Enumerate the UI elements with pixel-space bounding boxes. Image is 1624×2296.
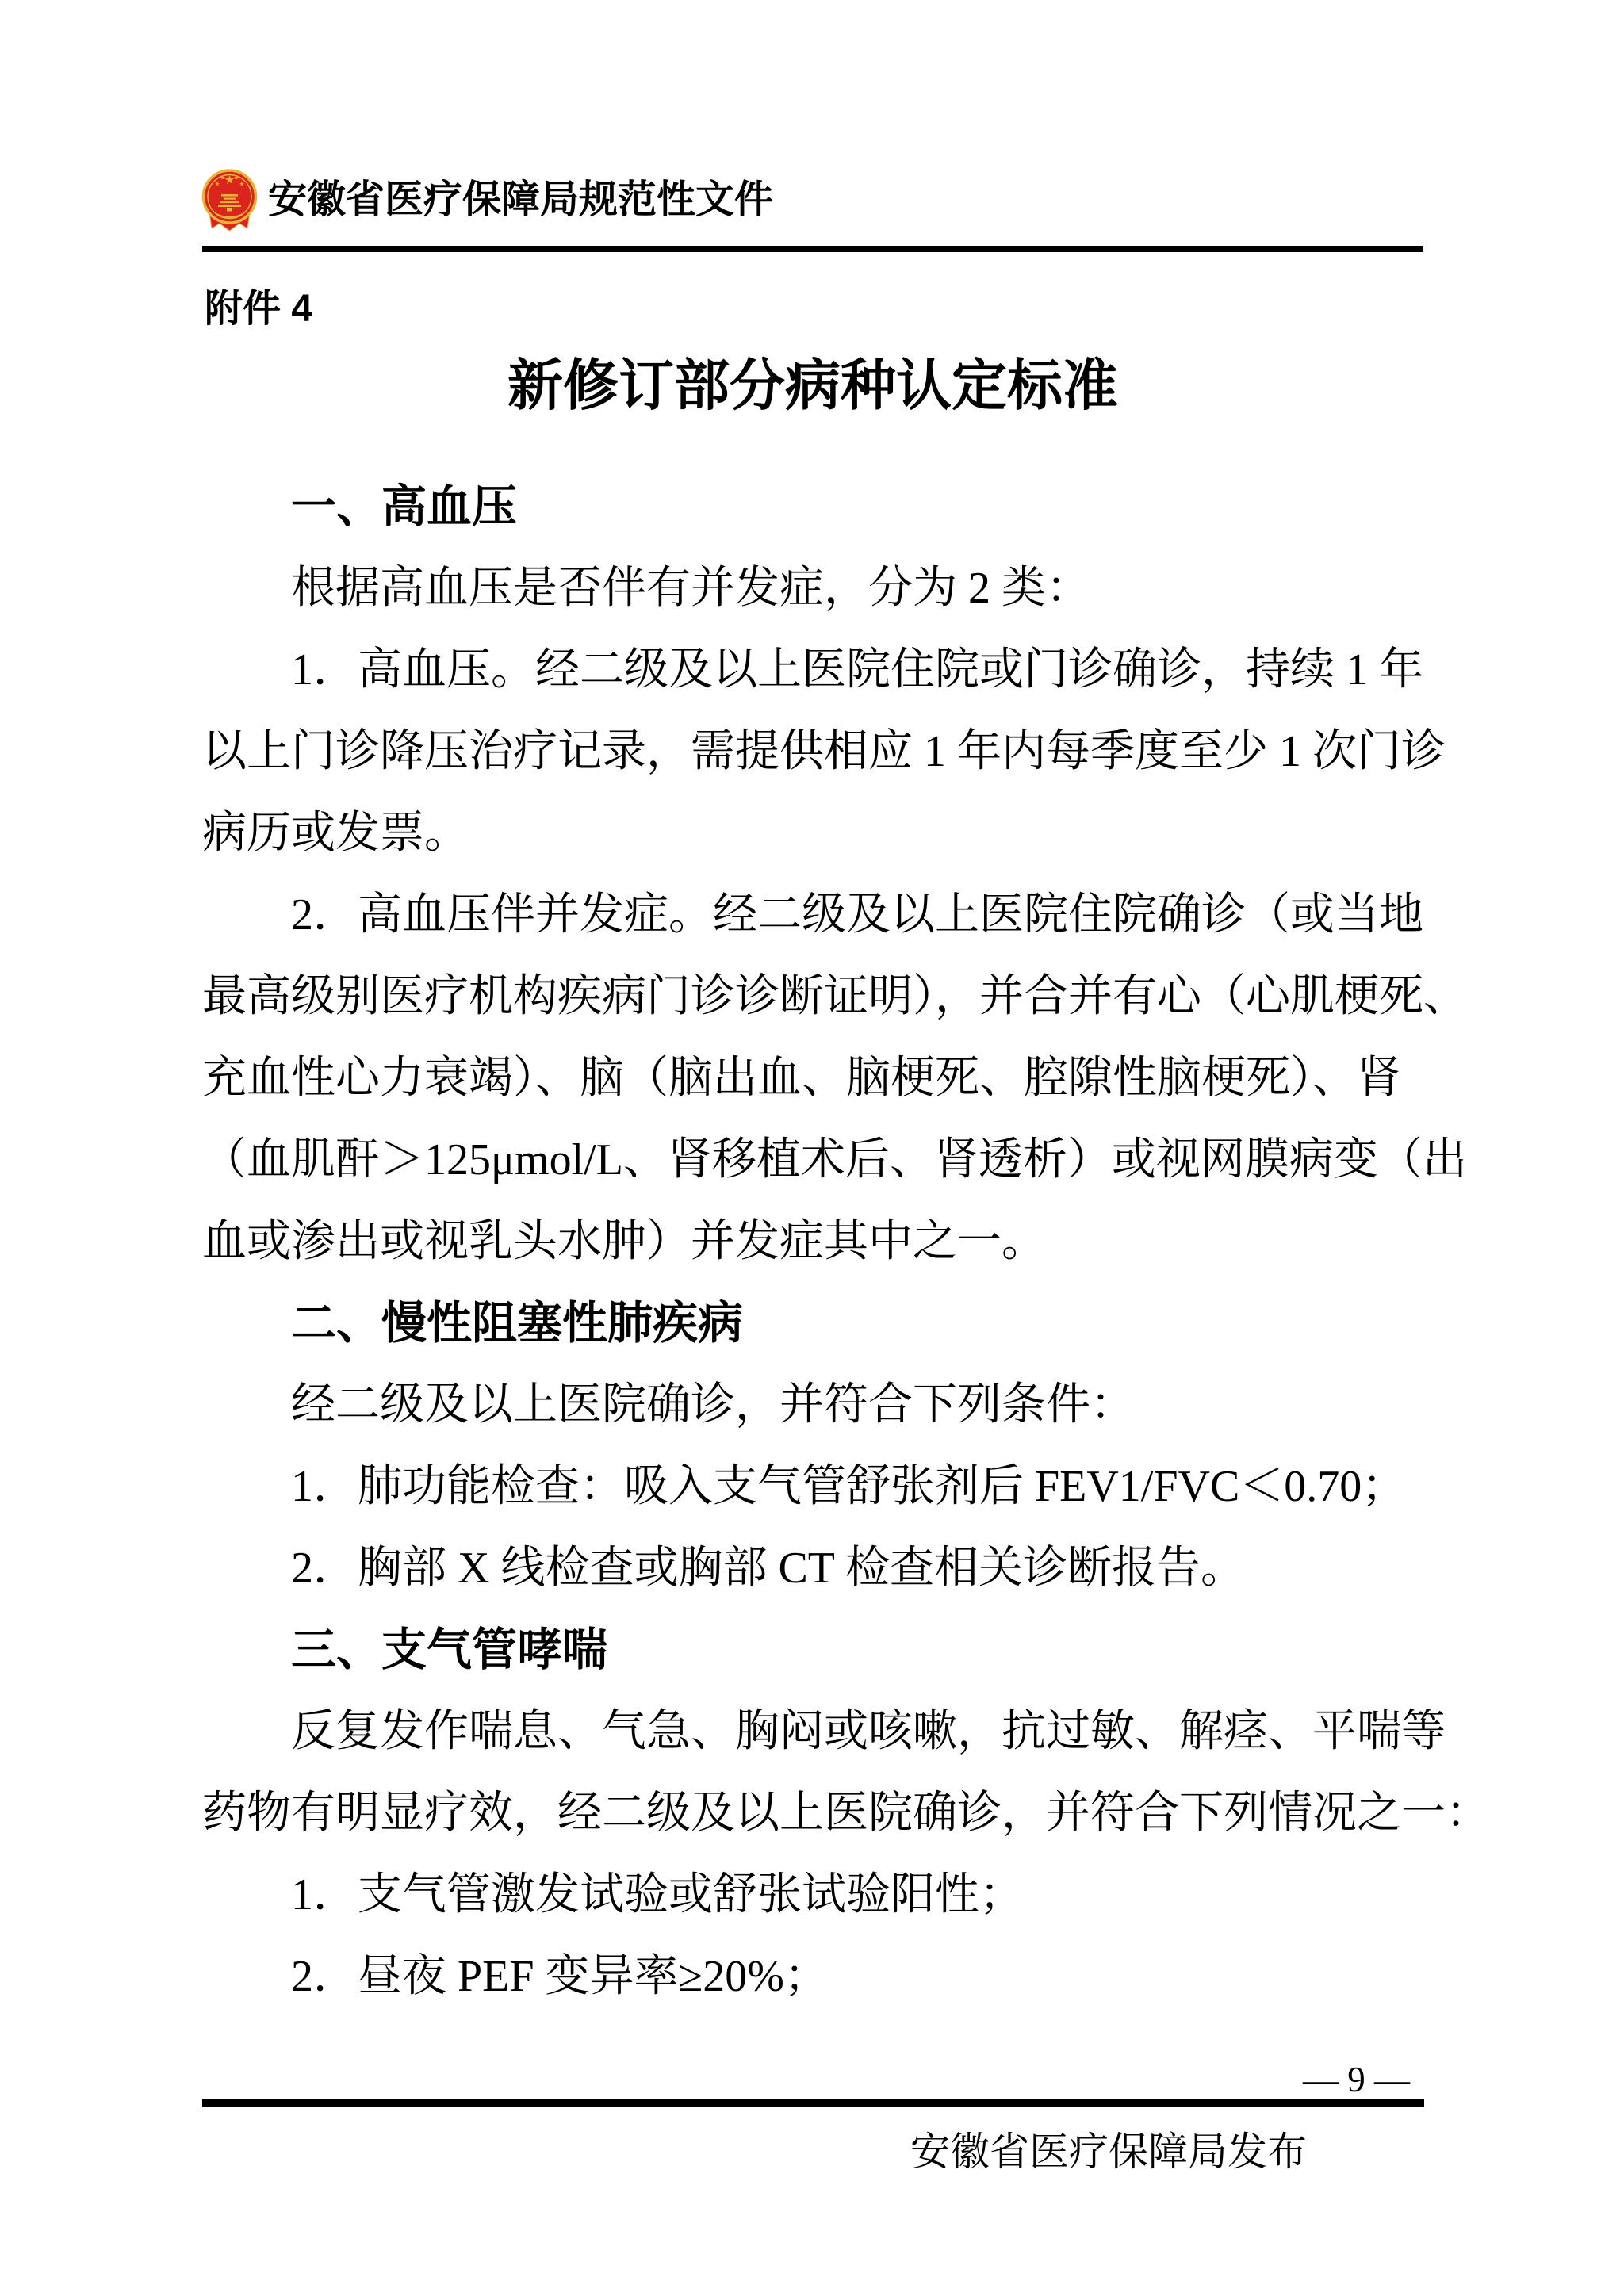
document-line: 以上门诊降压治疗记录，需提供相应 1 年内每季度至少 1 次门诊	[202, 711, 1423, 793]
document-line: 最高级别医疗机构疾病门诊诊断证明），并合并有心（心肌梗死、	[202, 956, 1423, 1038]
document-line: 血或渗出或视乳头水肿）并发症其中之一。	[202, 1201, 1423, 1283]
document-page: 安徽省医疗保障局规范性文件 附件 4 新修订部分病种认定标准 一、高血压根据高血…	[0, 0, 1624, 2296]
section-heading: 三、支气管哮喘	[202, 1609, 1423, 1691]
document-line: 2．胸部 X 线检查或胸部 CT 检查相关诊断报告。	[202, 1528, 1423, 1609]
document-line: 2．昼夜 PEF 变异率≥20%；	[202, 1936, 1423, 2018]
document-line: 根据高血压是否伴有并发症，分为 2 类：	[202, 548, 1423, 629]
section-heading: 一、高血压	[202, 466, 1423, 548]
document-line: 1．肺功能检查：吸入支气管舒张剂后 FEV1/FVC＜0.70；	[202, 1446, 1423, 1528]
document-line: 2．高血压伴并发症。经二级及以上医院住院确诊（或当地	[202, 874, 1423, 956]
document-line: 1．支气管激发试验或舒张试验阳性；	[202, 1854, 1423, 1936]
document-line: 病历或发票。	[202, 793, 1423, 874]
document-lines: 一、高血压根据高血压是否伴有并发症，分为 2 类：1．高血压。经二级及以上医院住…	[202, 466, 1423, 2018]
attachment-label: 附件 4	[205, 287, 312, 331]
document-line: （血肌酐＞125μmol/L、肾移植术后、肾透析）或视网膜病变（出	[202, 1119, 1423, 1201]
section-heading: 二、慢性阻塞性肺疾病	[202, 1283, 1423, 1364]
publisher-text: 安徽省医疗保障局发布	[910, 2128, 1307, 2175]
document-line: 1．高血压。经二级及以上医院住院或门诊确诊，持续 1 年	[202, 629, 1423, 711]
document-line: 充血性心力衰竭）、脑（脑出血、脑梗死、腔隙性脑梗死）、肾	[202, 1038, 1423, 1119]
header-org-title: 安徽省医疗保障局规范性文件	[268, 176, 773, 224]
header-rule	[202, 246, 1423, 252]
document-line: 反复发作喘息、气急、胸闷或咳嗽，抗过敏、解痉、平喘等	[202, 1691, 1423, 1773]
national-emblem-icon	[201, 168, 259, 232]
document-title: 新修订部分病种认定标准	[202, 352, 1423, 422]
document-line: 药物有明显疗效，经二级及以上医院确诊，并符合下列情况之一：	[202, 1773, 1423, 1854]
footer-rule	[202, 2099, 1424, 2107]
document-line: 经二级及以上医院确诊，并符合下列条件：	[202, 1364, 1423, 1446]
page-number: — 9 —	[1303, 2060, 1410, 2099]
